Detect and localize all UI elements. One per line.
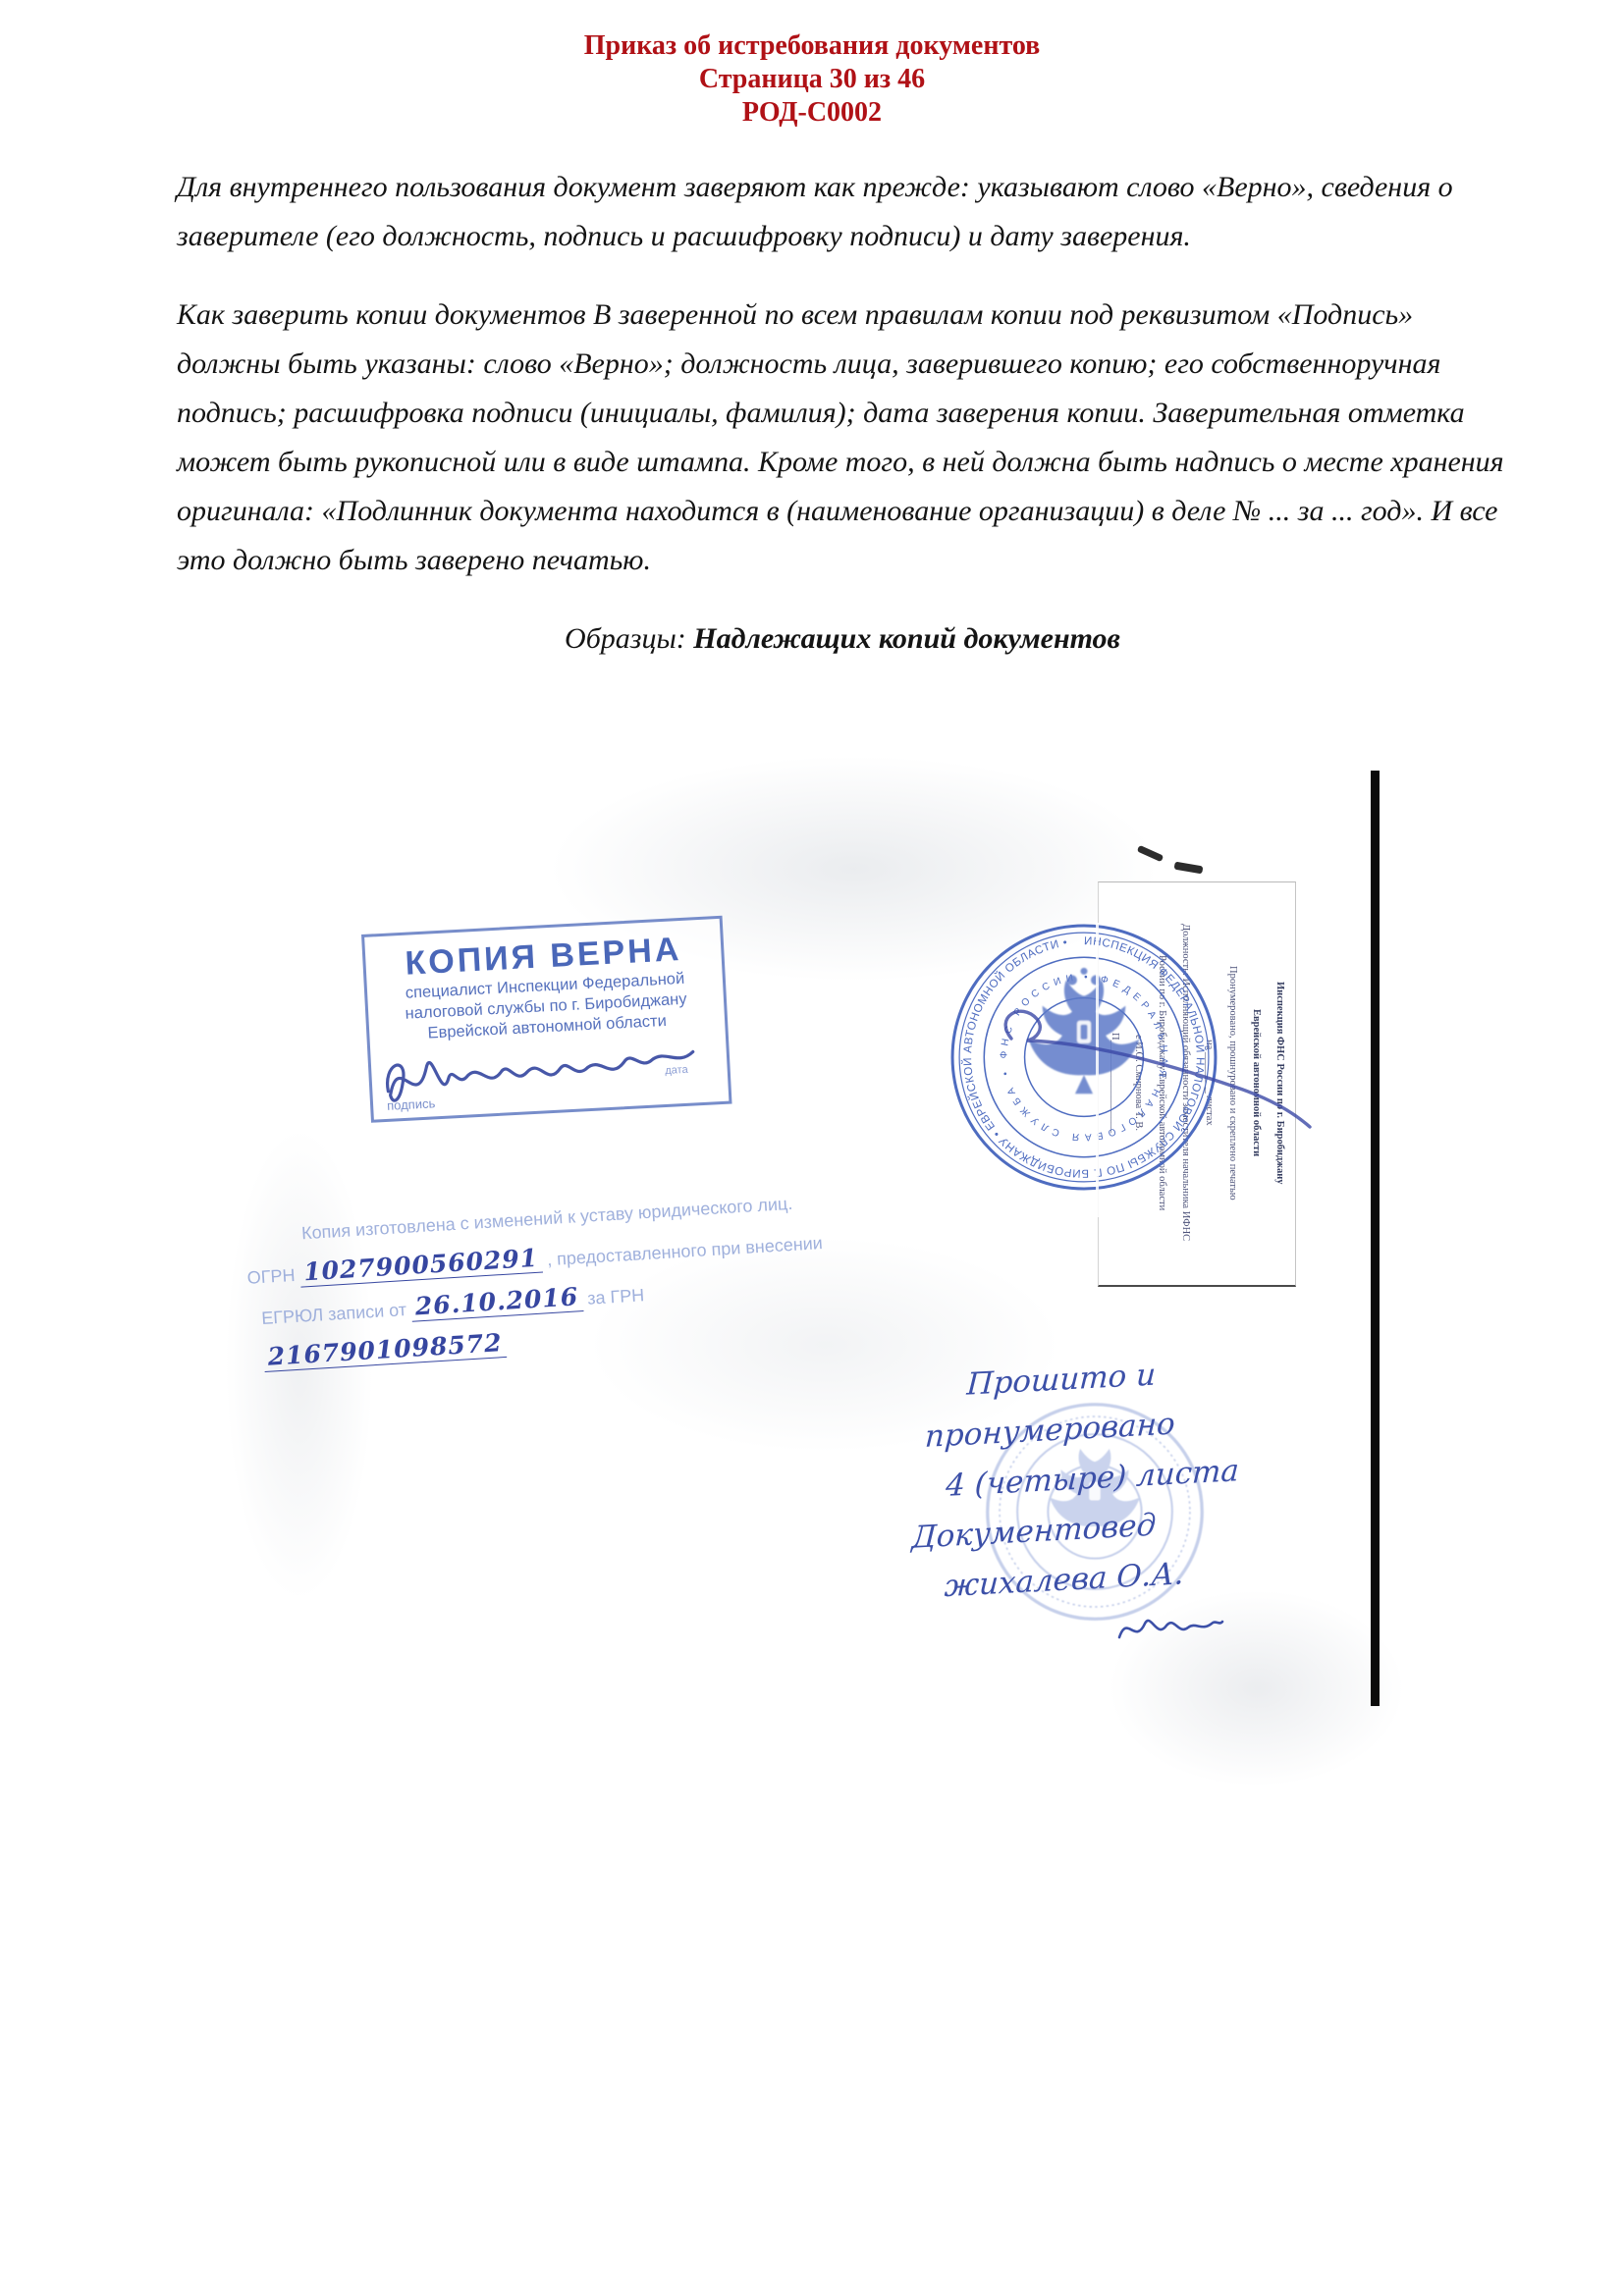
paragraph-1: Для внутреннего пользования документ зав… xyxy=(177,163,1508,261)
egrul-prefix: ЕГРЮЛ записи от xyxy=(261,1300,407,1328)
page-number: Страница 30 из 46 xyxy=(0,63,1624,96)
body-text: Для внутреннего пользования документ зав… xyxy=(177,163,1508,664)
record-date-handwritten: 26.10.2016 xyxy=(410,1282,583,1322)
signature-stroke xyxy=(375,1014,713,1110)
document-title: Приказ об истребования документов xyxy=(0,29,1624,63)
ogrn-stamp: Копия изготовлена с изменений к уставу ю… xyxy=(244,1179,881,1380)
sewn-note-signature xyxy=(1117,1610,1225,1649)
signature-label: подпись xyxy=(387,1095,436,1113)
ogrn-prefix: ОГРН xyxy=(246,1265,296,1288)
document-page: Приказ об истребования документов Страни… xyxy=(0,0,1624,2296)
binding-bar xyxy=(1371,771,1380,1706)
caption-bold: Надлежащих копий документов xyxy=(693,622,1120,655)
staple-mark xyxy=(1137,845,1164,862)
grn-label: за ГРН xyxy=(587,1285,645,1308)
sewn-note-handwriting: Прошито и пронумеровано 4 (четыре) листа… xyxy=(908,1345,1255,1614)
pen-stroke xyxy=(943,982,1326,1178)
caption-prefix: Образцы: xyxy=(565,622,693,655)
samples-caption: Образцы: Надлежащих копий документов xyxy=(177,614,1508,664)
copy-verna-stamp: КОПИЯ ВЕРНА специалист Инспекции Федерал… xyxy=(361,916,732,1123)
staple-mark xyxy=(1174,862,1204,875)
document-code: РОД-С0002 xyxy=(0,96,1624,130)
page-header: Приказ об истребования документов Страни… xyxy=(0,29,1624,130)
paragraph-2: Как заверить копии документов В заверенн… xyxy=(177,291,1508,585)
grn-number-handwritten: 2167901098572 xyxy=(263,1328,508,1372)
date-label: дата xyxy=(665,1064,688,1077)
ogrn-suffix: , предоставленного при внесении xyxy=(547,1233,824,1269)
